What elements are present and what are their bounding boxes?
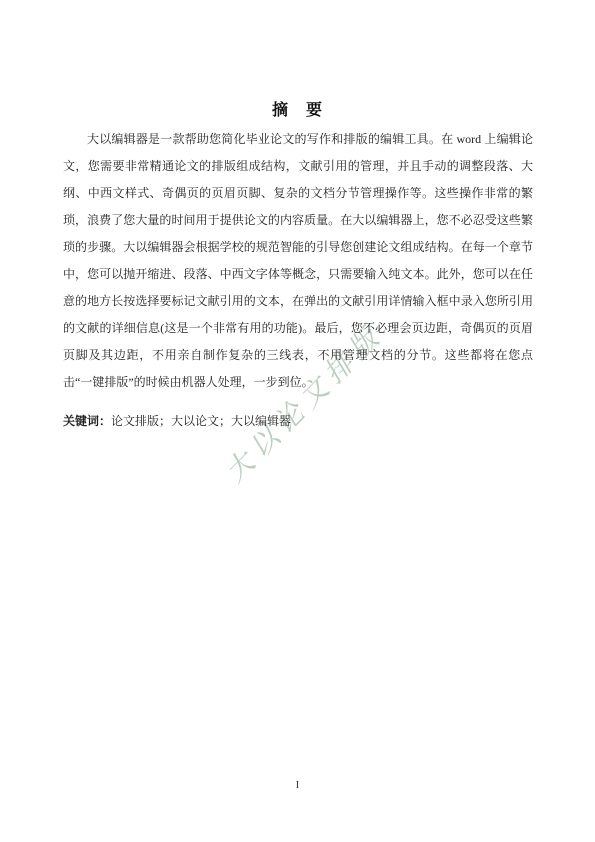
keywords-value: 论文排版；大以论文；大以编辑器 <box>111 414 291 428</box>
page-title: 摘 要 <box>0 99 595 123</box>
keywords-label: 关键词： <box>63 414 111 428</box>
keywords-line: 关键词：论文排版；大以论文；大以编辑器 <box>63 408 533 435</box>
document-page: 大以论文排版 摘 要 大以编辑器是一款帮助您简化毕业论文的写作和排版的编辑工具。… <box>0 0 595 842</box>
page-number: I <box>0 778 595 792</box>
abstract-paragraph: 大以编辑器是一款帮助您简化毕业论文的写作和排版的编辑工具。在 word 上编辑论… <box>63 126 533 396</box>
